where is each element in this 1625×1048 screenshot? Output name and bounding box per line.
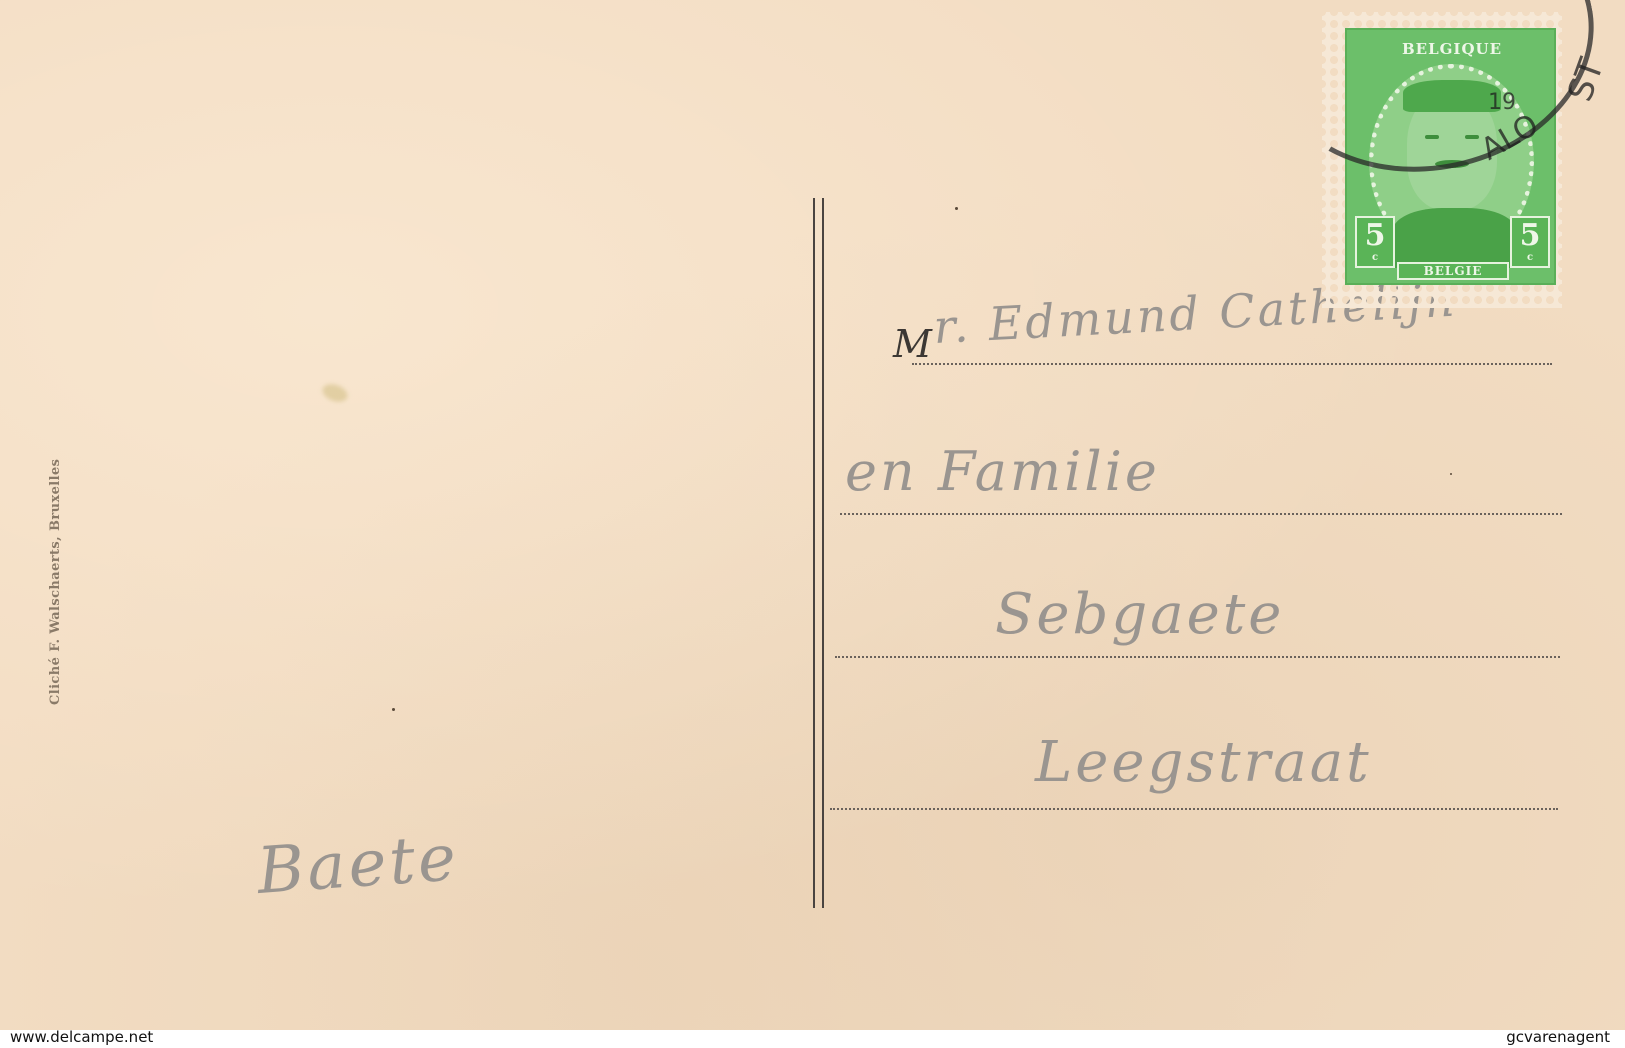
stamp-value-right: 5 c	[1510, 216, 1550, 268]
watermark-left: www.delcampe.net	[10, 1028, 153, 1046]
address-line-2	[840, 513, 1562, 515]
divider-line-left	[813, 198, 815, 908]
handwritten-street: Leegstraat	[1035, 730, 1372, 795]
address-prefix: M	[893, 322, 932, 366]
stamp-country-bottom: BELGIE	[1397, 262, 1509, 280]
stamp-value-number: 5	[1520, 218, 1541, 253]
publisher-credit: Cliché F. Walschaerts, Bruxelles	[48, 459, 63, 705]
divider-line-right	[822, 198, 824, 908]
handwritten-town: Sebgaete	[995, 582, 1284, 647]
stamp-value-unit: c	[1512, 254, 1548, 262]
stamp-value-unit: c	[1357, 254, 1393, 262]
address-line-1	[912, 363, 1552, 365]
postcard-back: Cliché F. Walschaerts, Bruxelles M r. Ed…	[0, 0, 1625, 1030]
handwritten-signature: Baete	[255, 821, 461, 909]
stamp-value-number: 5	[1365, 218, 1386, 253]
paper-speck	[1450, 473, 1452, 475]
stamp-value-left: 5 c	[1355, 216, 1395, 268]
stamp-uniform	[1392, 208, 1517, 268]
paper-stain	[320, 381, 350, 405]
handwritten-family: en Familie	[845, 440, 1160, 503]
watermark-right: gcvarenagent	[1506, 1028, 1610, 1046]
address-line-4	[830, 808, 1558, 810]
address-line-3	[835, 656, 1560, 658]
paper-speck	[392, 708, 395, 711]
postmark-date: 19	[1488, 90, 1516, 115]
paper-speck	[955, 207, 958, 210]
